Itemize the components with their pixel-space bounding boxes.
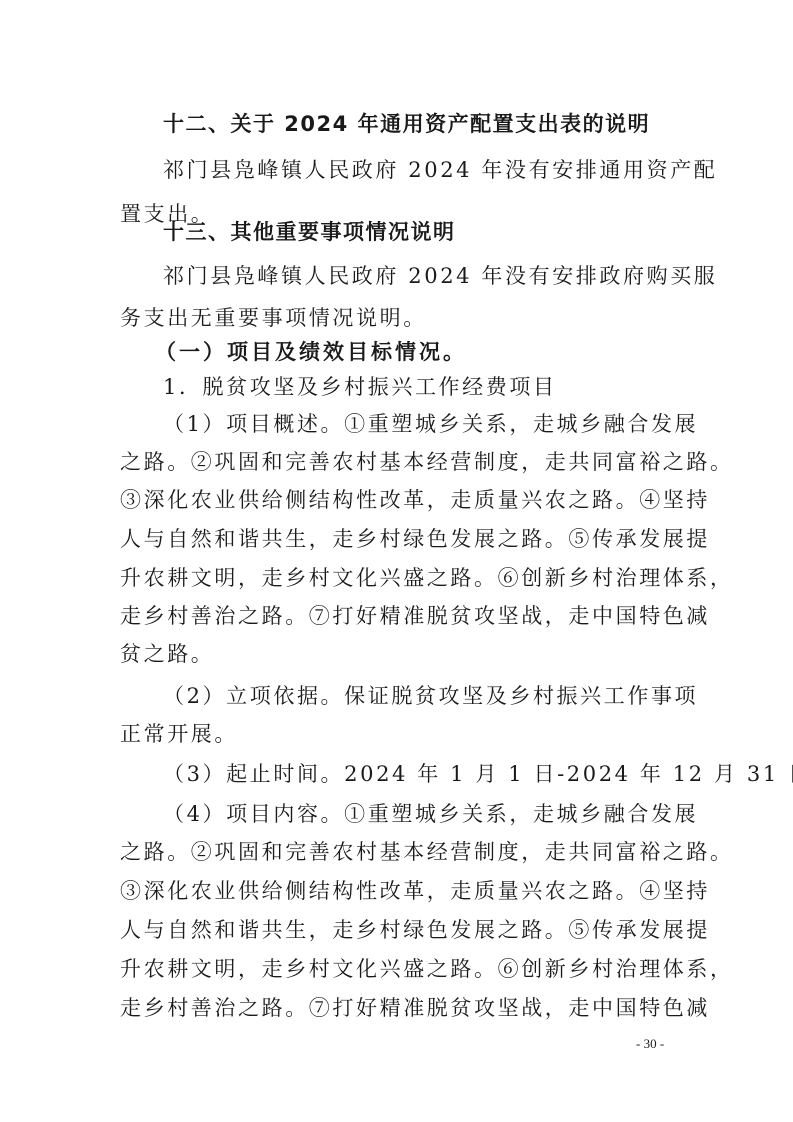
paragraph-line: 升农耕文明，走乡村文化兴盛之路。⑥创新乡村治理体系，	[120, 955, 680, 983]
paragraph-line: 人与自然和谐共生，走乡村绿色发展之路。⑤传承发展提	[120, 916, 680, 944]
paragraph-line: 祁门县凫峰镇人民政府 2024 年没有安排通用资产配	[163, 156, 680, 184]
paragraph-line: 走乡村善治之路。⑦打好精准脱贫攻坚战，走中国特色减	[120, 994, 680, 1022]
paragraph-line: （4）项目内容。①重塑城乡关系，走城乡融合发展	[163, 800, 680, 828]
paragraph-line: 之路。②巩固和完善农村基本经营制度，走共同富裕之路。	[120, 838, 680, 866]
paragraph-line: 走乡村善治之路。⑦打好精准脱贫攻坚战，走中国特色减	[120, 602, 680, 630]
paragraph-line: ③深化农业供给侧结构性改革，走质量兴农之路。④坚持	[120, 877, 680, 905]
section-heading-13: 十三、其他重要事项情况说明	[163, 218, 680, 246]
paragraph-line: （2）立项依据。保证脱贫攻坚及乡村振兴工作事项	[163, 682, 680, 710]
paragraph-line: 人与自然和谐共生，走乡村绿色发展之路。⑤传承发展提	[120, 525, 680, 553]
paragraph-line: 贫之路。	[120, 640, 680, 668]
paragraph-line: （3）起止时间。2024 年 1 月 1 日-2024 年 12 月 31 日	[163, 760, 680, 788]
paragraph-line: 祁门县凫峰镇人民政府 2024 年没有安排政府购买服	[163, 262, 680, 290]
section-heading-12: 十二、关于 2024 年通用资产配置支出表的说明	[163, 110, 680, 138]
paragraph-line: 务支出无重要事项情况说明。	[120, 304, 680, 332]
project-title: 1．脱贫攻坚及乡村振兴工作经费项目	[163, 373, 680, 401]
paragraph-line: ③深化农业供给侧结构性改革，走质量兴农之路。④坚持	[120, 486, 680, 514]
paragraph-line: 升农耕文明，走乡村文化兴盛之路。⑥创新乡村治理体系，	[120, 564, 680, 592]
paragraph-line: 之路。②巩固和完善农村基本经营制度，走共同富裕之路。	[120, 448, 680, 476]
page-number: - 30 -	[636, 1036, 664, 1052]
document-page: 十二、关于 2024 年通用资产配置支出表的说明 祁门县凫峰镇人民政府 2024…	[0, 0, 793, 1122]
paragraph-line: （1）项目概述。①重塑城乡关系，走城乡融合发展	[163, 410, 680, 438]
paragraph-line: 正常开展。	[120, 720, 680, 748]
subsection-heading: （一）项目及绩效目标情况。	[155, 338, 715, 366]
